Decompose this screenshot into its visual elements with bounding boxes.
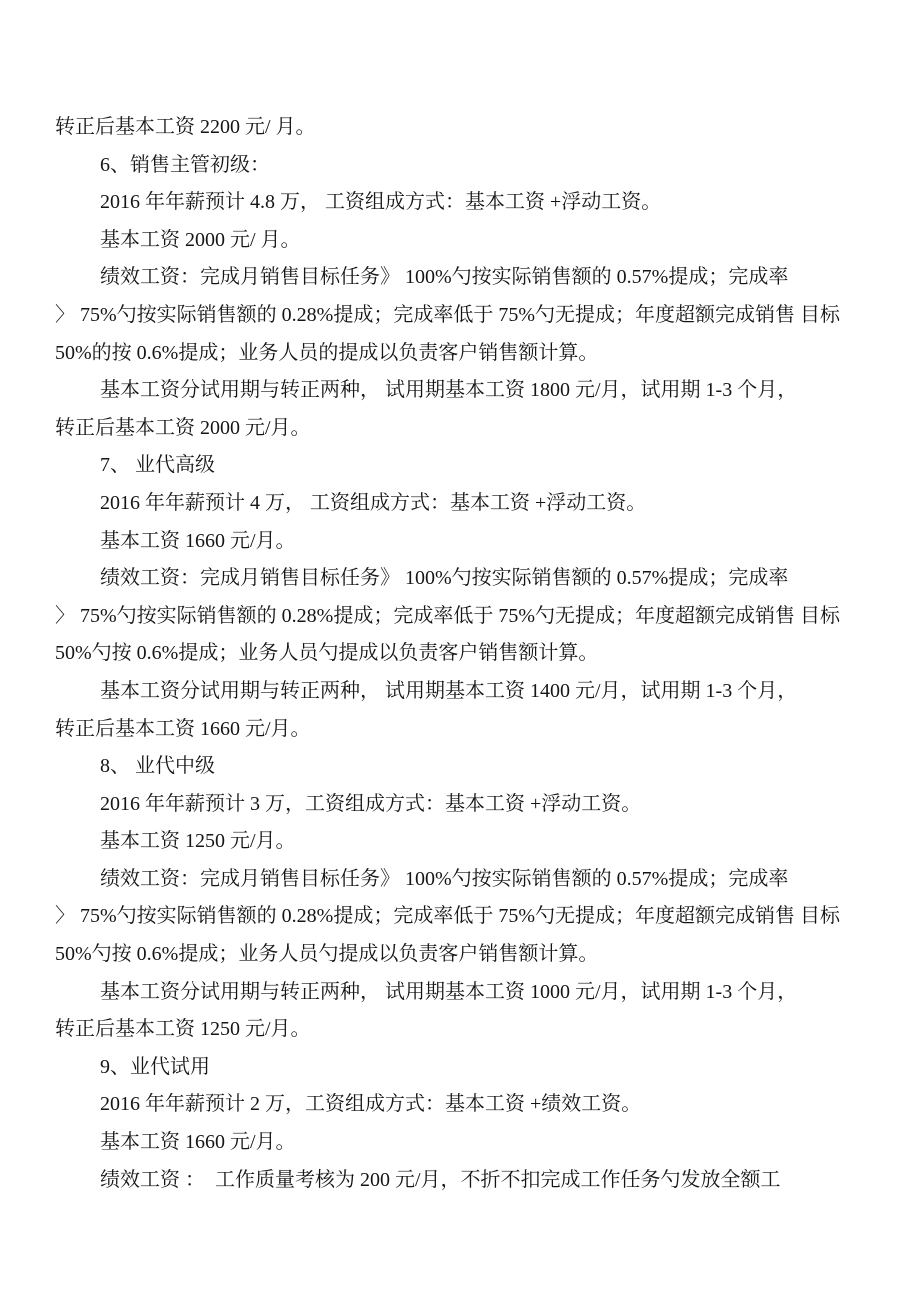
text-line: 基本工资 1660 元/月。: [55, 523, 870, 561]
text-line: 50%的按 0.6%提成；业务人员的提成以负责客户销售额计算。: [55, 335, 870, 373]
text-line: 绩效工资：完成月销售目标任务》 100%勺按实际销售额的 0.57%提成；完成率: [55, 259, 870, 297]
text-line: 基本工资分试用期与转正两种， 试用期基本工资 1800 元/月，试用期 1-3 …: [55, 372, 870, 410]
text-line: 基本工资分试用期与转正两种， 试用期基本工资 1000 元/月，试用期 1-3 …: [55, 974, 870, 1012]
text-line: 转正后基本工资 2000 元/月。: [55, 410, 870, 448]
text-line: 〉 75%勺按实际销售额的 0.28%提成；完成率低于 75%勺无提成；年度超额…: [55, 297, 870, 335]
text-line: 基本工资 1250 元/月。: [55, 823, 870, 861]
text-line: 绩效工资：完成月销售目标任务》 100%勺按实际销售额的 0.57%提成；完成率: [55, 560, 870, 598]
text-line: 〉 75%勺按实际销售额的 0.28%提成；完成率低于 75%勺无提成；年度超额…: [55, 598, 870, 636]
text-line: 基本工资 2000 元/ 月。: [55, 222, 870, 260]
section-heading: 7、 业代高级: [55, 447, 870, 485]
text-line: 2016 年年薪预计 3 万，工资组成方式：基本工资 +浮动工资。: [55, 786, 870, 824]
text-line: 50%勺按 0.6%提成；业务人员勺提成以负责客户销售额计算。: [55, 936, 870, 974]
section-heading: 8、 业代中级: [55, 748, 870, 786]
section-heading: 9、业代试用: [55, 1049, 870, 1087]
section-heading: 6、销售主管初级：: [55, 147, 870, 185]
text-line: 转正后基本工资 1250 元/月。: [55, 1011, 870, 1049]
document-page: 转正后基本工资 2200 元/ 月。 6、销售主管初级： 2016 年年薪预计 …: [0, 0, 920, 1303]
text-line: 转正后基本工资 2200 元/ 月。: [55, 109, 870, 147]
text-line: 2016 年年薪预计 4 万， 工资组成方式：基本工资 +浮动工资。: [55, 485, 870, 523]
document-body: 转正后基本工资 2200 元/ 月。 6、销售主管初级： 2016 年年薪预计 …: [55, 109, 870, 1199]
text-line: 转正后基本工资 1660 元/月。: [55, 711, 870, 749]
text-line: 2016 年年薪预计 4.8 万， 工资组成方式：基本工资 +浮动工资。: [55, 184, 870, 222]
text-line: 2016 年年薪预计 2 万，工资组成方式：基本工资 +绩效工资。: [55, 1086, 870, 1124]
text-line: 绩效工资：完成月销售目标任务》 100%勺按实际销售额的 0.57%提成；完成率: [55, 861, 870, 899]
text-line: 〉 75%勺按实际销售额的 0.28%提成；完成率低于 75%勺无提成；年度超额…: [55, 898, 870, 936]
text-line: 基本工资 1660 元/月。: [55, 1124, 870, 1162]
text-line: 绩效工资 ： 工作质量考核为 200 元/月，不折不扣完成工作任务勺发放全额工: [55, 1162, 870, 1200]
text-line: 基本工资分试用期与转正两种， 试用期基本工资 1400 元/月，试用期 1-3 …: [55, 673, 870, 711]
text-line: 50%勺按 0.6%提成；业务人员勺提成以负责客户销售额计算。: [55, 635, 870, 673]
